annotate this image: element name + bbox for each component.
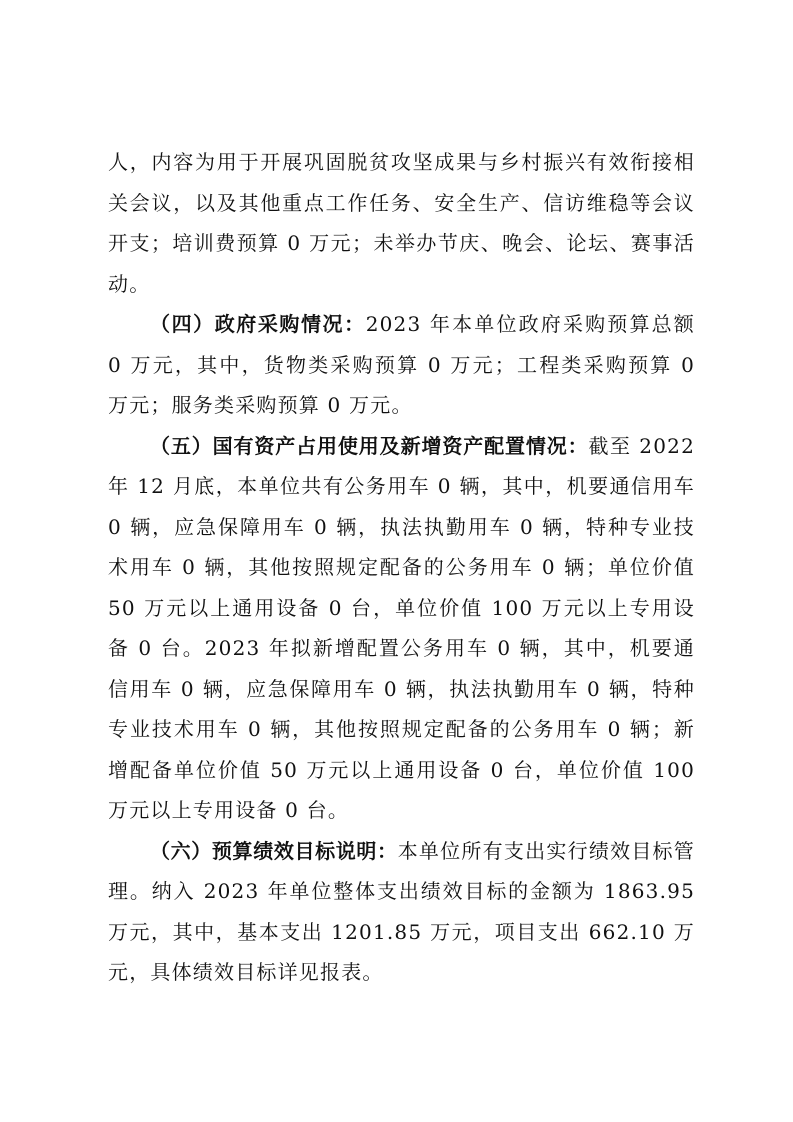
document-page: 人，内容为用于开展巩固脱贫攻坚成果与乡村振兴有效衔接相关会议，以及其他重点工作任… bbox=[108, 142, 695, 993]
section-heading: （四）政府采购情况： bbox=[150, 312, 366, 336]
paragraph-text: 截至 2022 年 12 月底，本单位共有公务用车 0 辆，其中，机要通信用车 … bbox=[108, 434, 695, 823]
paragraph-meeting-expenses: 人，内容为用于开展巩固脱贫攻坚成果与乡村振兴有效衔接相关会议，以及其他重点工作任… bbox=[108, 142, 695, 304]
paragraph-text: 人，内容为用于开展巩固脱贫攻坚成果与乡村振兴有效衔接相关会议，以及其他重点工作任… bbox=[108, 150, 695, 296]
paragraph-performance-targets: （六）预算绩效目标说明：本单位所有支出实行绩效目标管理。纳入 2023 年单位整… bbox=[108, 831, 695, 993]
paragraph-government-procurement: （四）政府采购情况：2023 年本单位政府采购预算总额 0 万元，其中，货物类采… bbox=[108, 304, 695, 426]
section-heading: （六）预算绩效目标说明： bbox=[150, 839, 398, 863]
paragraph-state-assets: （五）国有资产占用使用及新增资产配置情况：截至 2022 年 12 月底，本单位… bbox=[108, 426, 695, 831]
section-heading: （五）国有资产占用使用及新增资产配置情况： bbox=[150, 434, 589, 458]
